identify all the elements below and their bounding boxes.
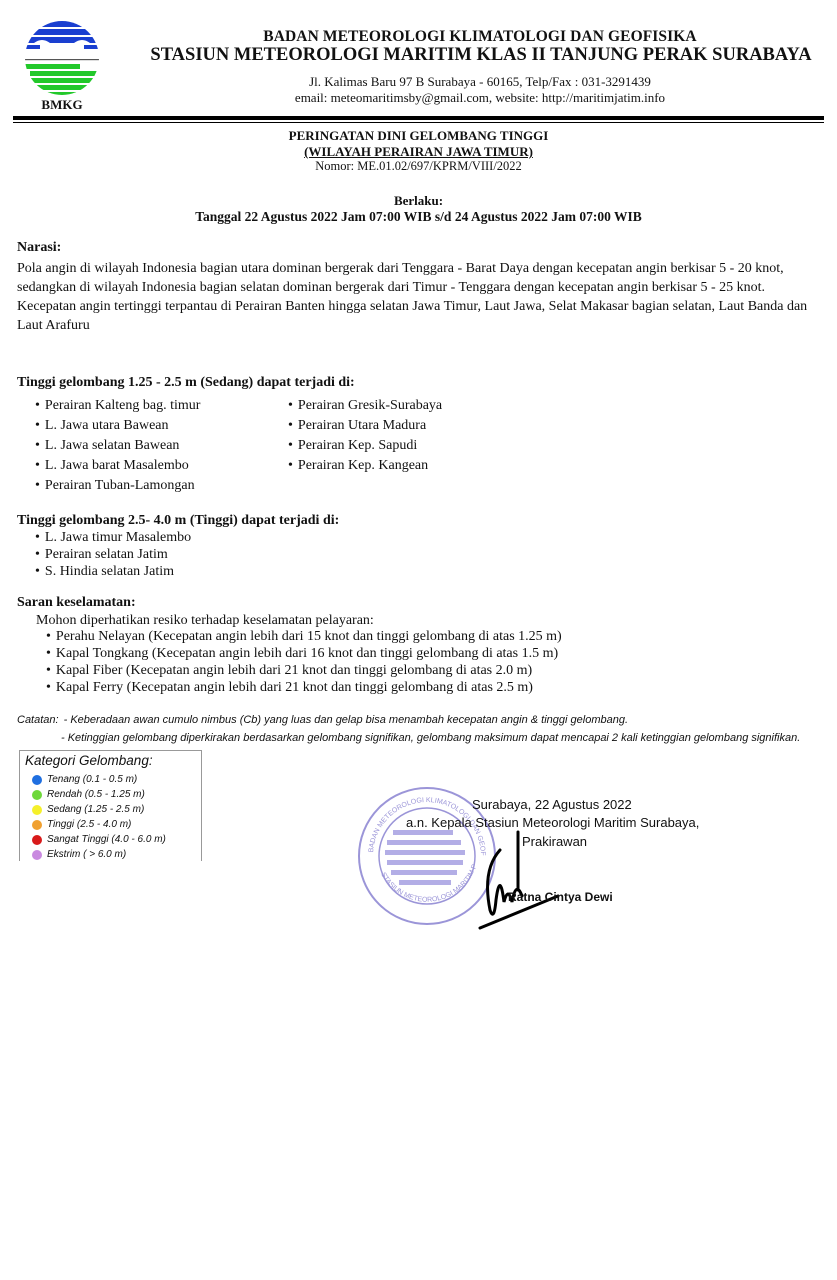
dot-icon: [32, 805, 42, 815]
catatan-text: - Keberadaan awan cumulo nimbus (Cb) yan…: [64, 714, 628, 726]
legend-item: Sedang (1.25 - 2.5 m): [32, 802, 166, 817]
wave-category-legend: Kategori Gelombang: Tenang (0.1 - 0.5 m)…: [19, 750, 202, 861]
station-address: Jl. Kalimas Baru 97 B Surabaya - 60165, …: [130, 74, 830, 90]
dot-icon: [32, 790, 42, 800]
legend-item: Tinggi (2.5 - 4.0 m): [32, 817, 166, 832]
catatan-label: Catatan:: [17, 714, 59, 726]
document-number: Nomor: ME.01.02/697/KPRM/VIII/2022: [0, 159, 837, 174]
station-contact: email: meteomaritimsby@gmail.com, websit…: [130, 90, 830, 106]
legend-label: Tinggi (2.5 - 4.0 m): [47, 819, 131, 830]
narasi-text: Pola angin di wilayah Indonesia bagian u…: [17, 259, 823, 335]
tinggi-list: L. Jawa timur Masalembo Perairan selatan…: [35, 529, 191, 580]
list-item: Perairan Utara Madura: [288, 416, 442, 436]
signatory-name: Ratna Cintya Dewi: [508, 890, 613, 904]
legend-items: Tenang (0.1 - 0.5 m) Rendah (0.5 - 1.25 …: [32, 772, 166, 862]
list-item: Perairan Kep. Sapudi: [288, 436, 442, 456]
saran-intro: Mohon diperhatikan resiko terhadap kesel…: [36, 613, 374, 629]
dot-icon: [32, 775, 42, 785]
signature-on-behalf: a.n. Kepala Stasiun Meteorologi Maritim …: [406, 815, 699, 830]
header-divider-thin: [13, 122, 824, 123]
legend-item: Rendah (0.5 - 1.25 m): [32, 787, 166, 802]
dot-icon: [32, 820, 42, 830]
legend-label: Tenang (0.1 - 0.5 m): [47, 774, 137, 785]
list-item: L. Jawa barat Masalembo: [35, 456, 200, 476]
list-item: Perahu Nelayan (Kecepatan angin lebih da…: [46, 628, 562, 645]
dot-icon: [32, 850, 42, 860]
catatan-note-2: - Ketinggian gelombang diperkirakan berd…: [61, 732, 800, 744]
validity-range: Tanggal 22 Agustus 2022 Jam 07:00 WIB s/…: [0, 209, 837, 225]
saran-list: Perahu Nelayan (Kecepatan angin lebih da…: [46, 628, 562, 696]
legend-label: Rendah (0.5 - 1.25 m): [47, 789, 145, 800]
legend-item: Tenang (0.1 - 0.5 m): [32, 772, 166, 787]
list-item: S. Hindia selatan Jatim: [35, 563, 191, 580]
document-subtitle: (WILAYAH PERAIRAN JAWA TIMUR): [0, 144, 837, 160]
tinggi-heading: Tinggi gelombang 2.5- 4.0 m (Tinggi) dap…: [17, 513, 339, 529]
list-item: Kapal Tongkang (Kecepatan angin lebih da…: [46, 645, 562, 662]
list-item: Kapal Fiber (Kecepatan angin lebih dari …: [46, 662, 562, 679]
organization-name: BADAN METEOROLOGI KLIMATOLOGI DAN GEOFIS…: [130, 28, 830, 46]
saran-heading: Saran keselamatan:: [17, 595, 136, 611]
logo-label: BMKG: [20, 97, 104, 113]
list-item: L. Jawa timur Masalembo: [35, 529, 191, 546]
list-item: L. Jawa utara Bawean: [35, 416, 200, 436]
legend-label: Ekstrim ( > 6.0 m): [47, 849, 126, 860]
document-title: PERINGATAN DINI GELOMBANG TINGGI: [0, 128, 837, 144]
list-item: Perairan Kep. Kangean: [288, 456, 442, 476]
signature-place-date: Surabaya, 22 Agustus 2022: [472, 797, 632, 812]
station-name: STASIUN METEOROLOGI MARITIM KLAS II TANJ…: [128, 45, 834, 66]
dot-icon: [32, 835, 42, 845]
header-divider: [13, 116, 824, 120]
list-item: Kapal Ferry (Kecepatan angin lebih dari …: [46, 679, 562, 696]
handwritten-signature-icon: [460, 830, 570, 930]
legend-label: Sangat Tinggi (4.0 - 6.0 m): [47, 834, 166, 845]
narasi-heading: Narasi:: [17, 240, 61, 256]
list-item: L. Jawa selatan Bawean: [35, 436, 200, 456]
legend-item: Ekstrim ( > 6.0 m): [32, 847, 166, 862]
list-item: Perairan selatan Jatim: [35, 546, 191, 563]
bmkg-emblem-icon: [20, 18, 104, 98]
list-item: Perairan Tuban-Lamongan: [35, 476, 200, 496]
bmkg-logo: BMKG: [20, 18, 104, 113]
legend-item: Sangat Tinggi (4.0 - 6.0 m): [32, 832, 166, 847]
catatan-note-1: Catatan:- Keberadaan awan cumulo nimbus …: [17, 714, 628, 726]
sedang-heading: Tinggi gelombang 1.25 - 2.5 m (Sedang) d…: [17, 375, 355, 391]
list-item: Perairan Gresik-Surabaya: [288, 396, 442, 416]
legend-title: Kategori Gelombang:: [25, 753, 153, 768]
list-item: Perairan Kalteng bag. timur: [35, 396, 200, 416]
sedang-list-right: Perairan Gresik-Surabaya Perairan Utara …: [288, 396, 442, 476]
legend-label: Sedang (1.25 - 2.5 m): [47, 804, 144, 815]
sedang-list-left: Perairan Kalteng bag. timur L. Jawa utar…: [35, 396, 200, 496]
validity-label: Berlaku:: [0, 193, 837, 209]
